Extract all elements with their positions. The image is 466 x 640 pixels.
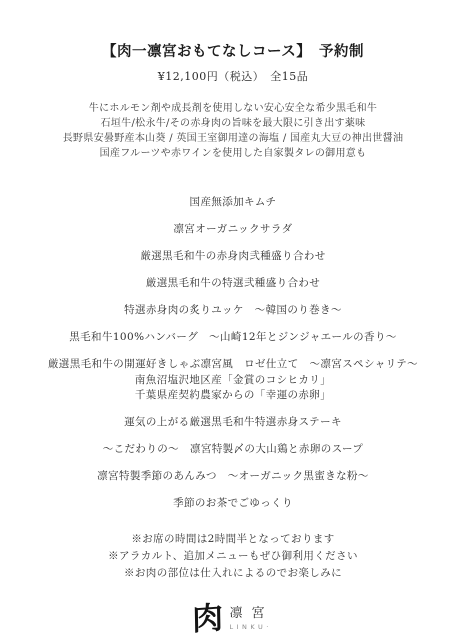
intro-line: 長野県安曇野産本山葵 / 英国王室御用達の海塩 / 国産丸大豆の神出世醤油 xyxy=(0,131,466,146)
course-menu-document: 【肉一凛宮おもてなしコース】 予約制 ¥12,100円（税込） 全15品 牛にホ… xyxy=(0,0,466,640)
restaurant-logo: 肉 凛宮 LINKU· xyxy=(0,604,466,635)
course-item-line: 季節のお茶でごゆっくり xyxy=(0,496,466,512)
course-item: 厳選黒毛和牛の開運好きしゃぶ凛宮風 ロゼ仕立て ～凛宮スペシャリテ～ 南魚沼塩沢… xyxy=(0,357,466,404)
price-line: ¥12,100円（税込） 全15品 xyxy=(0,68,466,84)
intro-section: 牛にホルモン剤や成長剤を使用しない安心安全な希少黒毛和牛 石垣牛/松永牛/その赤… xyxy=(0,101,466,161)
course-item: 厳選黒毛和牛の特選弐種盛り合わせ xyxy=(0,276,466,292)
page-title: 【肉一凛宮おもてなしコース】 予約制 xyxy=(0,40,466,61)
course-item-line: 厳選黒毛和牛の赤身肉弐種盛り合わせ xyxy=(0,249,466,265)
course-item-line: 厳選黒毛和牛の開運好きしゃぶ凛宮風 ロゼ仕立て ～凛宮スペシャリテ～ xyxy=(0,357,466,373)
notes-section: ※お席の時間は2時間半となっております ※アラカルト、追加メニューもぜひ御利用く… xyxy=(0,531,466,582)
course-list: 国産無添加キムチ 凛宮オーガニックサラダ 厳選黒毛和牛の赤身肉弐種盛り合わせ 厳… xyxy=(0,195,466,512)
intro-line: 牛にホルモン剤や成長剤を使用しない安心安全な希少黒毛和牛 xyxy=(0,101,466,116)
course-item: 特選赤身肉の炙りユッケ ～韓国のり巻き～ xyxy=(0,303,466,319)
course-item-line: 国産無添加キムチ xyxy=(0,195,466,211)
course-item-line: 厳選黒毛和牛の特選弐種盛り合わせ xyxy=(0,276,466,292)
intro-line: 国産フルーツや赤ワインを使用した自家製タレの御用意も xyxy=(0,146,466,161)
logo-text-block: 凛宮 LINKU· xyxy=(229,607,273,631)
course-item: 凛宮特製季節のあんみつ ～オーガニック黒蜜きな粉～ xyxy=(0,469,466,485)
course-item-line: 運気の上がる厳選黒毛和牛特選赤身ステーキ xyxy=(0,415,466,431)
logo-name: 凛宮 xyxy=(229,607,273,621)
intro-line: 石垣牛/松永牛/その赤身肉の旨味を最大限に引き出す薬味 xyxy=(0,116,466,131)
note-line: ※お席の時間は2時間半となっております xyxy=(0,531,466,548)
course-item-line: 南魚沼塩沢地区産「金賞のコシヒカリ」 xyxy=(0,373,466,389)
note-line: ※アラカルト、追加メニューもぜひ御利用ください xyxy=(0,548,466,565)
course-item: 凛宮オーガニックサラダ xyxy=(0,222,466,238)
course-item-line: 特選赤身肉の炙りユッケ ～韓国のり巻き～ xyxy=(0,303,466,319)
course-item-line: 黒毛和牛100%ハンバーグ ～山崎12年とジンジャエールの香り～ xyxy=(0,330,466,346)
course-item: 運気の上がる厳選黒毛和牛特選赤身ステーキ xyxy=(0,415,466,431)
course-item: 黒毛和牛100%ハンバーグ ～山崎12年とジンジャエールの香り～ xyxy=(0,330,466,346)
niku-calligraphy-icon: 肉 xyxy=(192,602,223,635)
course-item: ～こだわりの～ 凛宮特製〆の大山鶏と赤卵のスープ xyxy=(0,442,466,458)
logo-roman-name: LINKU· xyxy=(229,623,271,631)
course-item-line: 千葉県産契約農家からの「幸運の赤卵」 xyxy=(0,388,466,404)
course-item: 厳選黒毛和牛の赤身肉弐種盛り合わせ xyxy=(0,249,466,265)
course-item: 国産無添加キムチ xyxy=(0,195,466,211)
course-item-line: ～こだわりの～ 凛宮特製〆の大山鶏と赤卵のスープ xyxy=(0,442,466,458)
course-item-line: 凛宮オーガニックサラダ xyxy=(0,222,466,238)
course-item: 季節のお茶でごゆっくり xyxy=(0,496,466,512)
note-line: ※お肉の部位は仕入れによるのでお楽しみに xyxy=(0,565,466,582)
course-item-line: 凛宮特製季節のあんみつ ～オーガニック黒蜜きな粉～ xyxy=(0,469,466,485)
